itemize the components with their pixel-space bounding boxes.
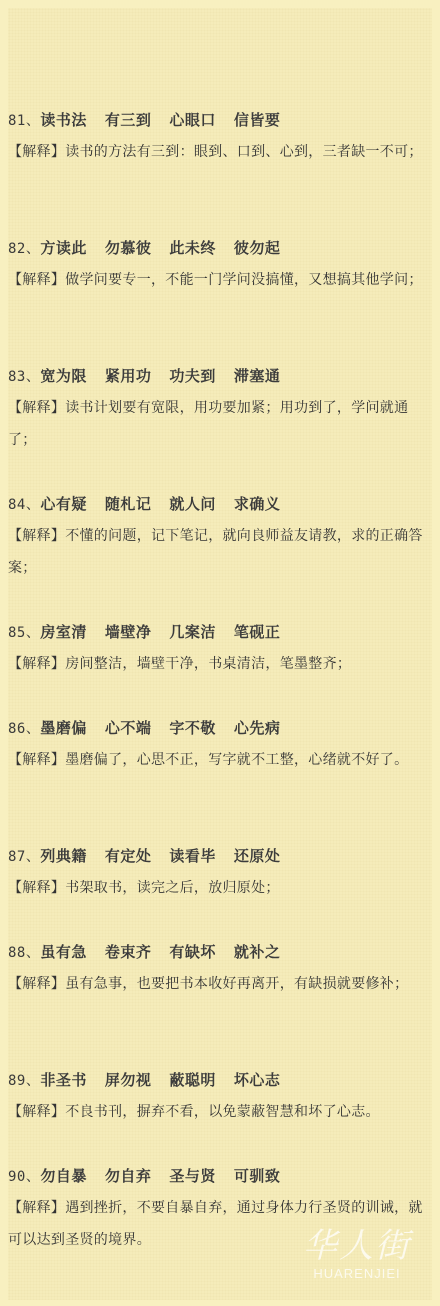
verse-phrase: 滞塞通 <box>234 364 281 388</box>
explanation-text: 不良书刊，摒弃不看，以免蒙蔽智慧和坏了心志。 <box>65 1104 380 1120</box>
verse-phrase: 非圣书 <box>40 1068 87 1092</box>
verse-number: 88、 <box>8 945 40 961</box>
verse-phrase: 列典籍 <box>40 844 87 868</box>
verse-phrase: 还原处 <box>234 844 281 868</box>
verse-number: 89、 <box>8 1073 40 1089</box>
verse-heading: 89、非圣书屏勿视蔽聪明坏心志 <box>8 1068 432 1092</box>
verse-entry-89: 89、非圣书屏勿视蔽聪明坏心志 【解释】不良书刊，摒弃不看，以免蒙蔽智慧和坏了心… <box>8 1068 432 1128</box>
verse-number: 81、 <box>8 113 40 129</box>
verse-explanation: 【解释】读书的方法有三到：眼到、口到、心到，三者缺一不可； <box>8 136 432 168</box>
explanation-text: 不懂的问题，记下笔记，就向良师益友请教，求的正确答案； <box>8 528 423 576</box>
verse-phrase: 虽有急 <box>40 940 87 964</box>
verse-heading: 82、方读此勿慕彼此未终彼勿起 <box>8 236 432 260</box>
verse-number: 84、 <box>8 497 40 513</box>
verse-phrase: 就人问 <box>169 492 216 516</box>
verse-phrase: 就补之 <box>234 940 281 964</box>
verse-phrase: 心眼口 <box>169 108 216 132</box>
verse-heading: 83、宽为限紧用功功夫到滞塞通 <box>8 364 432 388</box>
verse-entry-81: 81、读书法有三到心眼口信皆要 【解释】读书的方法有三到：眼到、口到、心到，三者… <box>8 108 432 168</box>
watermark-latin: HUARENJIEI <box>292 1266 422 1282</box>
verse-entry-86: 86、墨磨偏心不端字不敬心先病 【解释】墨磨偏了，心思不正，写字就不工整，心绪就… <box>8 716 432 776</box>
verse-phrase: 有缺坏 <box>169 940 216 964</box>
verse-phrase: 心不端 <box>105 716 152 740</box>
explanation-text: 墨磨偏了，心思不正，写字就不工整，心绪就不好了。 <box>65 752 408 768</box>
verse-heading: 81、读书法有三到心眼口信皆要 <box>8 108 432 132</box>
verse-phrase: 有三到 <box>105 108 152 132</box>
verse-heading: 90、勿自暴勿自弃圣与贤可驯致 <box>8 1164 432 1188</box>
verse-phrase: 笔砚正 <box>234 620 281 644</box>
verse-explanation: 【解释】虽有急事，也要把书本收好再离开，有缺损就要修补； <box>8 968 432 1000</box>
verse-phrase: 蔽聪明 <box>169 1068 216 1092</box>
explanation-label: 【解释】 <box>8 528 65 544</box>
explanation-label: 【解释】 <box>8 976 65 992</box>
site-watermark-logo: 华人街 HUARENJIEI <box>292 1226 422 1296</box>
verse-phrase: 坏心志 <box>234 1068 281 1092</box>
verse-phrase: 求确义 <box>234 492 281 516</box>
verse-entry-82: 82、方读此勿慕彼此未终彼勿起 【解释】做学问要专一，不能一门学问没搞懂，又想搞… <box>8 236 432 296</box>
verse-phrase: 墙壁净 <box>105 620 152 644</box>
verse-phrase: 宽为限 <box>40 364 87 388</box>
verse-phrase: 墨磨偏 <box>40 716 87 740</box>
explanation-label: 【解释】 <box>8 1104 65 1120</box>
verse-entry-85: 85、房室清墙壁净几案洁笔砚正 【解释】房间整洁，墙壁干净，书桌清洁，笔墨整齐； <box>8 620 432 680</box>
verse-heading: 87、列典籍有定处读看毕还原处 <box>8 844 432 868</box>
verse-phrase: 勿自弃 <box>105 1164 152 1188</box>
explanation-text: 做学问要专一，不能一门学问没搞懂，又想搞其他学问； <box>65 272 423 288</box>
verse-heading: 88、虽有急卷束齐有缺坏就补之 <box>8 940 432 964</box>
verse-phrase: 屏勿视 <box>105 1068 152 1092</box>
verse-phrase: 心有疑 <box>40 492 87 516</box>
verse-phrase: 可驯致 <box>234 1164 281 1188</box>
explanation-text: 书架取书，读完之后，放归原处； <box>65 880 280 896</box>
explanation-label: 【解释】 <box>8 752 65 768</box>
verse-explanation: 【解释】读书计划要有宽限，用功要加紧；用功到了，学问就通了； <box>8 392 432 456</box>
verse-number: 82、 <box>8 241 40 257</box>
explanation-text: 读书的方法有三到：眼到、口到、心到，三者缺一不可； <box>65 144 423 160</box>
verse-number: 85、 <box>8 625 40 641</box>
explanation-text: 房间整洁，墙壁干净，书桌清洁，笔墨整齐； <box>65 656 351 672</box>
verse-phrase: 勿慕彼 <box>105 236 152 260</box>
verse-heading: 86、墨磨偏心不端字不敬心先病 <box>8 716 432 740</box>
explanation-label: 【解释】 <box>8 144 65 160</box>
watermark-chinese: 华人街 <box>292 1226 422 1266</box>
verse-phrase: 几案洁 <box>169 620 216 644</box>
verse-phrase: 随札记 <box>105 492 152 516</box>
verse-phrase: 读书法 <box>40 108 87 132</box>
verse-phrase: 此未终 <box>169 236 216 260</box>
verse-number: 90、 <box>8 1169 40 1185</box>
explanation-label: 【解释】 <box>8 1200 65 1216</box>
explanation-label: 【解释】 <box>8 656 65 672</box>
verse-phrase: 心先病 <box>234 716 281 740</box>
verse-explanation: 【解释】书架取书，读完之后，放归原处； <box>8 872 432 904</box>
verse-number: 86、 <box>8 721 40 737</box>
verse-phrase: 圣与贤 <box>169 1164 216 1188</box>
verse-phrase: 信皆要 <box>234 108 281 132</box>
explanation-label: 【解释】 <box>8 400 65 416</box>
verse-explanation: 【解释】墨磨偏了，心思不正，写字就不工整，心绪就不好了。 <box>8 744 432 776</box>
explanation-text: 虽有急事，也要把书本收好再离开，有缺损就要修补； <box>65 976 408 992</box>
verse-phrase: 方读此 <box>40 236 87 260</box>
verse-phrase: 彼勿起 <box>234 236 281 260</box>
verse-phrase: 勿自暴 <box>40 1164 87 1188</box>
verse-entry-87: 87、列典籍有定处读看毕还原处 【解释】书架取书，读完之后，放归原处； <box>8 844 432 904</box>
verse-explanation: 【解释】不良书刊，摒弃不看，以免蒙蔽智慧和坏了心志。 <box>8 1096 432 1128</box>
verse-phrase: 房室清 <box>40 620 87 644</box>
verse-explanation: 【解释】做学问要专一，不能一门学问没搞懂，又想搞其他学问； <box>8 264 432 296</box>
verse-phrase: 功夫到 <box>169 364 216 388</box>
verse-number: 83、 <box>8 369 40 385</box>
verse-heading: 85、房室清墙壁净几案洁笔砚正 <box>8 620 432 644</box>
verse-phrase: 读看毕 <box>169 844 216 868</box>
explanation-text: 读书计划要有宽限，用功要加紧；用功到了，学问就通了； <box>8 400 408 448</box>
verse-heading: 84、心有疑随札记就人问求确义 <box>8 492 432 516</box>
verse-phrase: 有定处 <box>105 844 152 868</box>
verse-phrase: 紧用功 <box>105 364 152 388</box>
verse-explanation: 【解释】房间整洁，墙壁干净，书桌清洁，笔墨整齐； <box>8 648 432 680</box>
verse-entry-88: 88、虽有急卷束齐有缺坏就补之 【解释】虽有急事，也要把书本收好再离开，有缺损就… <box>8 940 432 1000</box>
verse-number: 87、 <box>8 849 40 865</box>
verse-phrase: 字不敬 <box>169 716 216 740</box>
verse-entry-84: 84、心有疑随札记就人问求确义 【解释】不懂的问题，记下笔记，就向良师益友请教，… <box>8 492 432 584</box>
explanation-label: 【解释】 <box>8 880 65 896</box>
explanation-label: 【解释】 <box>8 272 65 288</box>
verse-explanation: 【解释】不懂的问题，记下笔记，就向良师益友请教，求的正确答案； <box>8 520 432 584</box>
verse-phrase: 卷束齐 <box>105 940 152 964</box>
verse-entry-83: 83、宽为限紧用功功夫到滞塞通 【解释】读书计划要有宽限，用功要加紧；用功到了，… <box>8 364 432 456</box>
